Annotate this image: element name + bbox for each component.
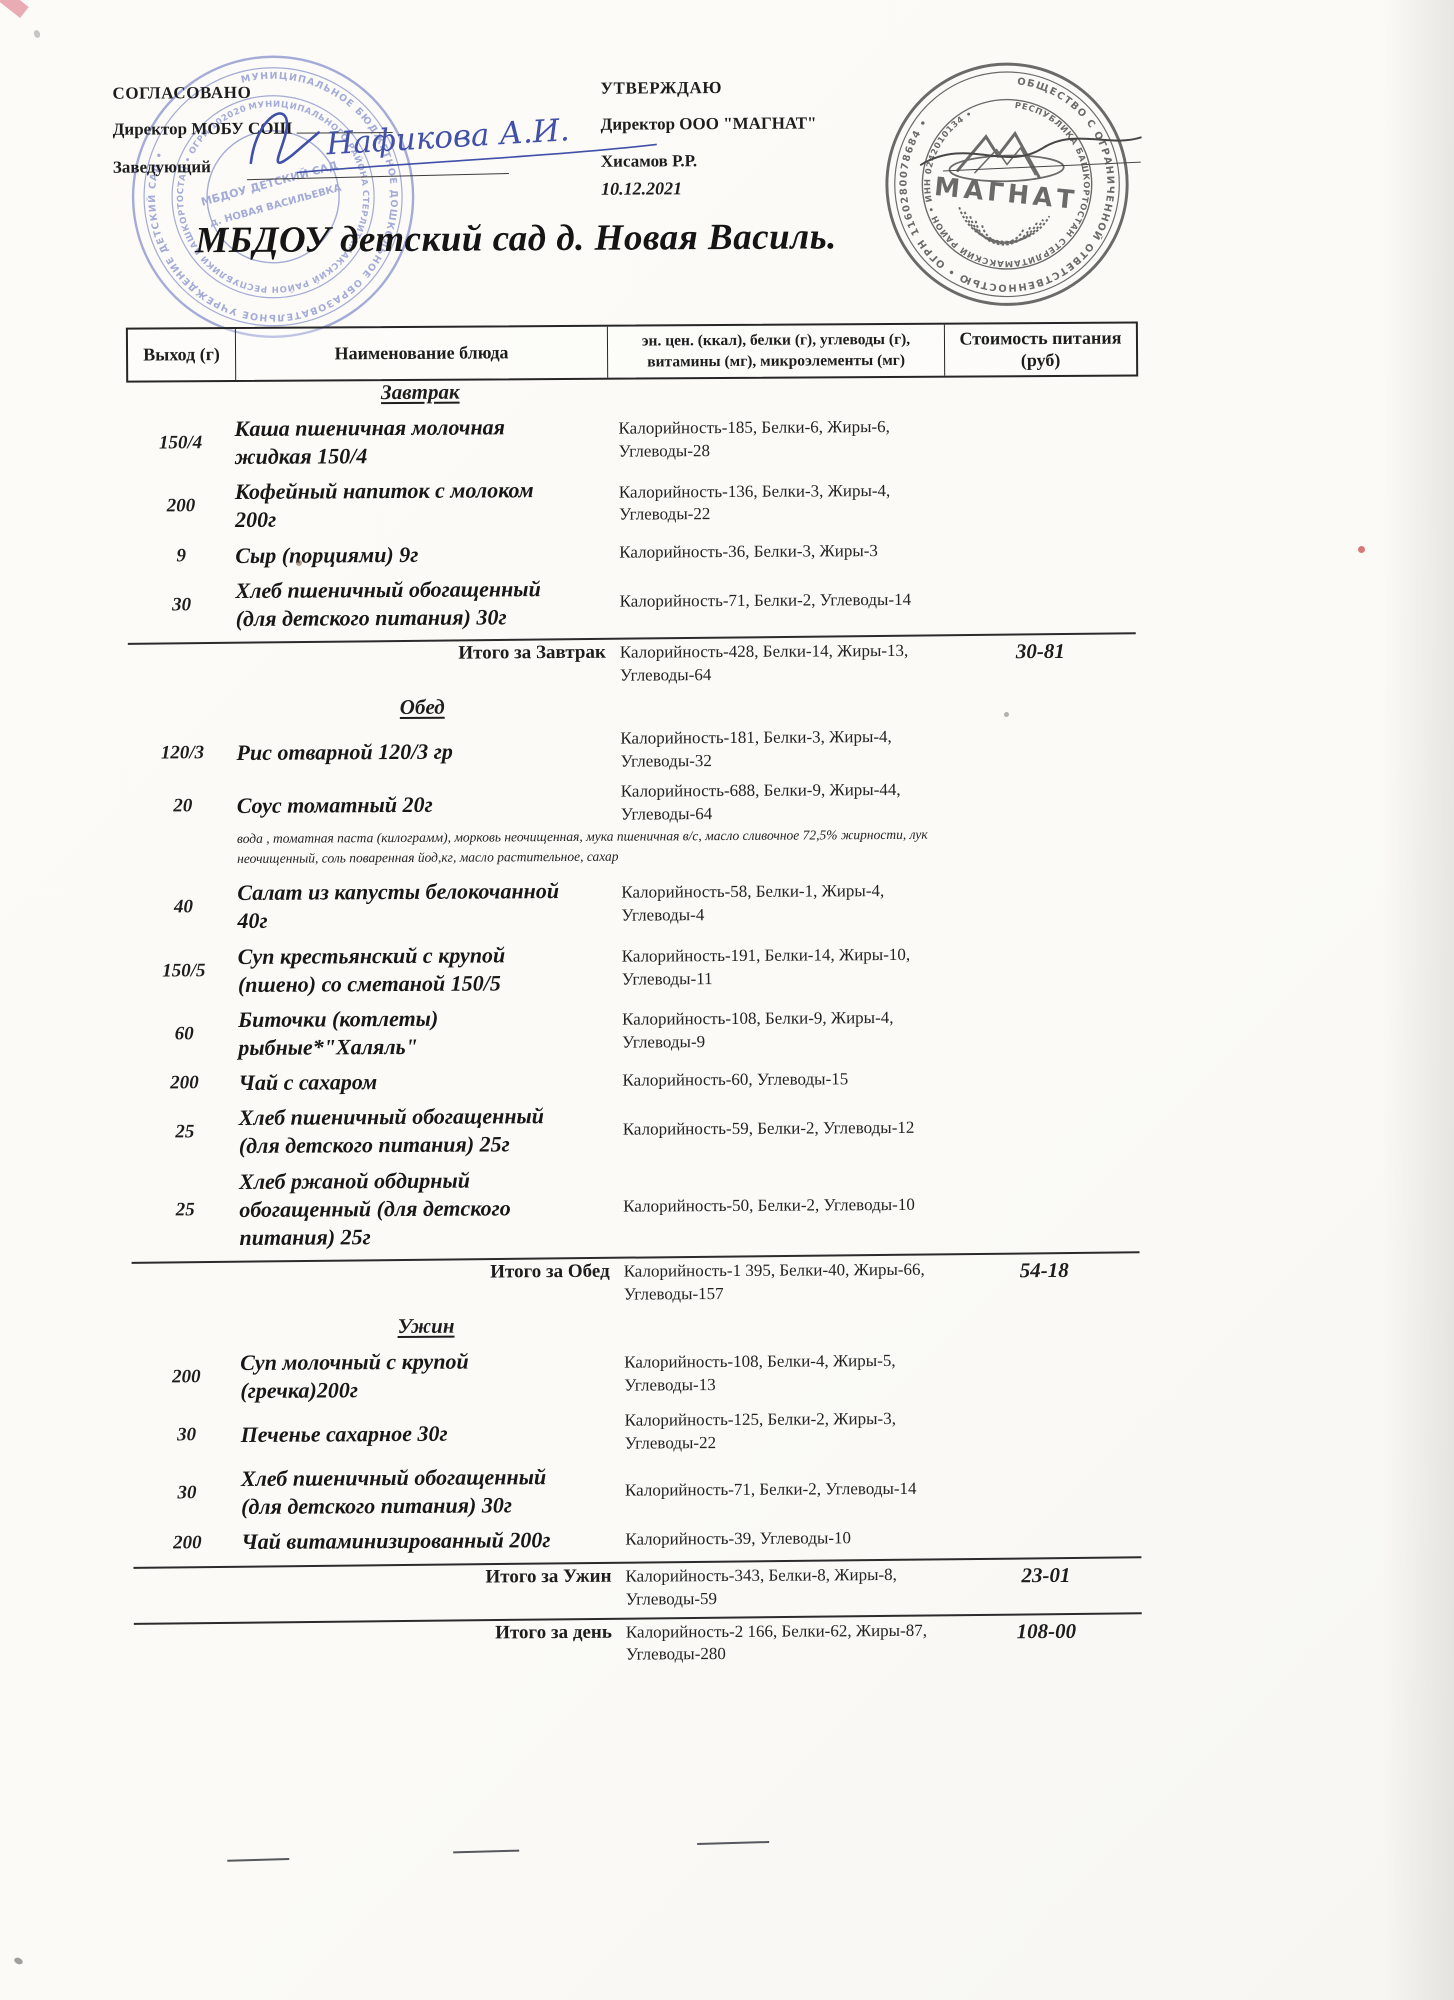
section-total-row: Итого за Завтрак Калорийность-428, Белки… bbox=[128, 639, 1136, 691]
portion-size: 200 bbox=[127, 495, 235, 518]
section-title-lunch: Обед bbox=[400, 695, 445, 720]
section-row: Ужин bbox=[132, 1309, 1140, 1340]
dish-name: Хлеб пшеничный обогащенный (для детского… bbox=[235, 575, 607, 634]
scan-speck bbox=[296, 560, 302, 566]
portion-size: 150/5 bbox=[130, 960, 238, 983]
nutrition-info: Калорийность-125, Белки-2, Жиры-3, Углев… bbox=[613, 1408, 950, 1456]
nutrition-info: Калорийность-39, Углеводы-10 bbox=[613, 1527, 950, 1552]
dish-name: Хлеб пшеничный обогащенный (для детского… bbox=[241, 1463, 613, 1522]
nutrition-info: Калорийность-688, Белки-9, Жиры-44, Угле… bbox=[609, 779, 946, 827]
document-title: МБДОУ детский сад д. Новая Василь. bbox=[195, 215, 837, 262]
scan-speck bbox=[1358, 546, 1365, 553]
day-total-row: Итого за день Калорийность-2 166, Белки-… bbox=[134, 1618, 1142, 1670]
dish-name: Чай витаминизированный 200г bbox=[241, 1526, 613, 1556]
total-label: Итого за Обед bbox=[240, 1261, 612, 1309]
pen-mark-line bbox=[453, 1850, 519, 1854]
portion-size: 40 bbox=[129, 896, 237, 919]
dish-name: Суп молочный с крупой (гречка)200г bbox=[240, 1347, 612, 1406]
menu-row: 30 Хлеб пшеничный обогащенный (для детск… bbox=[133, 1460, 1141, 1522]
portion-size: 120/3 bbox=[128, 742, 236, 765]
section-title-dinner: Ужин bbox=[397, 1314, 454, 1339]
dish-name: Чай с сахаром bbox=[238, 1067, 610, 1097]
nutrition-info: Калорийность-136, Белки-3, Жиры-4, Углев… bbox=[607, 479, 944, 527]
menu-row: 200 Чай с сахаром Калорийность-60, Углев… bbox=[130, 1064, 1138, 1098]
stamp-fan-ornament bbox=[956, 207, 1049, 249]
nutrition-info: Калорийность-59, Белки-2, Углеводы-12 bbox=[611, 1117, 948, 1142]
menu-row: 20 Соус томатный 20г Калорийность-688, Б… bbox=[129, 777, 1137, 829]
col-header-nutrition: эн. цен. (ккал), белки (г), углеводы (г)… bbox=[608, 325, 945, 378]
ingredients-row: вода , томатная паста (килограмм), морко… bbox=[129, 823, 1137, 870]
nutrition-info: Калорийность-185, Белки-6, Жиры-6, Углев… bbox=[606, 416, 943, 464]
menu-row: 200 Кофейный напиток с молоком 200г Кало… bbox=[127, 473, 1135, 535]
total-nutrition: Калорийность-428, Белки-14, Жиры-13, Угл… bbox=[608, 640, 945, 688]
nutrition-info: Калорийность-58, Белки-1, Жиры-4, Углево… bbox=[609, 880, 946, 928]
section-row: Обед bbox=[128, 690, 1136, 721]
portion-size: 25 bbox=[131, 1121, 239, 1144]
col-header-output: Выход (г) bbox=[128, 329, 236, 381]
dish-name: Салат из капусты белокочанной 40г bbox=[237, 877, 609, 936]
portion-size: 25 bbox=[131, 1199, 239, 1222]
nutrition-info: Калорийность-60, Углеводы-15 bbox=[610, 1067, 947, 1092]
portion-size: 30 bbox=[128, 594, 236, 617]
dish-name: Сыр (порциями) 9г bbox=[235, 539, 607, 569]
day-total-label: Итого за день bbox=[242, 1621, 614, 1669]
menu-row: 200 Суп молочный с крупой (гречка)200г К… bbox=[132, 1343, 1140, 1405]
total-label: Итого за Ужин bbox=[241, 1565, 613, 1613]
dish-name: Хлеб ржаной обдирный обогащенный (для де… bbox=[239, 1165, 612, 1252]
total-label: Итого за Завтрак bbox=[236, 642, 608, 690]
head-label: Заведующий bbox=[113, 157, 211, 177]
menu-table-body: Завтрак 150/4 Каша пшеничная молочная жи… bbox=[126, 370, 1142, 1677]
portion-size: 30 bbox=[133, 1424, 241, 1447]
menu-row: 25 Хлеб ржаной обдирный обогащенный (для… bbox=[131, 1162, 1139, 1253]
total-cost: 30-81 bbox=[945, 639, 1136, 686]
dish-name: Суп крестьянский с крупой (пшено) со сме… bbox=[238, 940, 610, 999]
dish-name: Кофейный напиток с молоком 200г bbox=[235, 476, 607, 535]
dish-name: Каша пшеничная молочная жидкая 150/4 bbox=[234, 413, 606, 472]
day-total-nutrition: Калорийность-2 166, Белки-62, Жиры-87, У… bbox=[614, 1619, 951, 1667]
col-header-cost: Стоимость питания (руб) bbox=[945, 323, 1136, 375]
menu-row: 30 Печенье сахарное 30г Калорийность-125… bbox=[133, 1407, 1141, 1459]
scanned-document-page: СОГЛАСОВАНО Директор МОБУ СОШ Заведующий… bbox=[0, 0, 1454, 2000]
ingredients-note: вода , томатная паста (килограмм), морко… bbox=[237, 824, 937, 869]
menu-row: 150/4 Каша пшеничная молочная жидкая 150… bbox=[126, 410, 1134, 472]
dish-name: Хлеб пшеничный обогащенный (для детского… bbox=[239, 1102, 611, 1161]
menu-row: 60 Биточки (котлеты) рыбные*"Халяль" Кал… bbox=[130, 1000, 1138, 1062]
portion-size: 9 bbox=[127, 545, 235, 568]
dish-name: Рис отварной 120/3 гр bbox=[236, 737, 608, 767]
portion-size: 200 bbox=[132, 1366, 240, 1389]
total-nutrition: Калорийность-1 395, Белки-40, Жиры-66, У… bbox=[612, 1259, 949, 1307]
section-total-row: Итого за Ужин Калорийность-343, Белки-8,… bbox=[133, 1562, 1141, 1614]
total-cost: 54-18 bbox=[949, 1258, 1140, 1305]
section-title-breakfast: Завтрак bbox=[381, 380, 460, 405]
portion-size: 200 bbox=[133, 1532, 241, 1555]
page-content: СОГЛАСОВАНО Директор МОБУ СОШ Заведующий… bbox=[0, 0, 1454, 2000]
section-total-row: Итого за Обед Калорийность-1 395, Белки-… bbox=[132, 1258, 1140, 1310]
menu-row: 40 Салат из капусты белокочанной 40г Кал… bbox=[129, 874, 1137, 936]
dish-name: Печенье сахарное 30г bbox=[241, 1419, 613, 1449]
portion-size: 20 bbox=[129, 795, 237, 818]
day-total-cost: 108-00 bbox=[951, 1618, 1142, 1665]
nutrition-info: Калорийность-108, Белки-9, Жиры-4, Углев… bbox=[610, 1007, 947, 1055]
menu-row: 30 Хлеб пшеничный обогащенный (для детск… bbox=[127, 571, 1135, 633]
nutrition-info: Калорийность-50, Белки-2, Углеводы-10 bbox=[611, 1194, 948, 1219]
pen-mark-line bbox=[227, 1858, 289, 1862]
handwritten-signature: Нафикова А.И. bbox=[226, 82, 677, 200]
portion-size: 200 bbox=[130, 1072, 238, 1095]
menu-row: 25 Хлеб пшеничный обогащенный (для детск… bbox=[131, 1099, 1139, 1161]
nutrition-info: Калорийность-36, Белки-3, Жиры-3 bbox=[607, 540, 944, 565]
menu-row: 120/3 Рис отварной 120/3 гр Калорийность… bbox=[128, 724, 1136, 776]
pen-mark-line bbox=[697, 1841, 769, 1845]
dish-name: Биточки (котлеты) рыбные*"Халяль" bbox=[238, 1004, 610, 1063]
portion-size: 150/4 bbox=[127, 432, 235, 455]
portion-size: 60 bbox=[130, 1023, 238, 1046]
handwritten-signature-right bbox=[913, 115, 1148, 191]
menu-row: 9 Сыр (порциями) 9г Калорийность-36, Бел… bbox=[127, 536, 1135, 570]
scan-speck bbox=[1004, 712, 1009, 717]
menu-row: 200 Чай витаминизированный 200г Калорийн… bbox=[133, 1523, 1141, 1557]
total-cost: 23-01 bbox=[950, 1562, 1141, 1609]
nutrition-info: Калорийность-181, Белки-3, Жиры-4, Углев… bbox=[608, 726, 945, 774]
section-row: Завтрак bbox=[126, 376, 1134, 407]
dish-name: Соус томатный 20г bbox=[237, 789, 609, 819]
portion-size: 30 bbox=[133, 1482, 241, 1505]
total-nutrition: Калорийность-343, Белки-8, Жиры-8, Углев… bbox=[613, 1563, 950, 1611]
nutrition-info: Калорийность-71, Белки-2, Углеводы-14 bbox=[608, 589, 945, 614]
nutrition-info: Калорийность-108, Белки-4, Жиры-5, Углев… bbox=[612, 1350, 949, 1398]
menu-row: 150/5 Суп крестьянский с крупой (пшено) … bbox=[130, 937, 1138, 999]
nutrition-info: Калорийность-191, Белки-14, Жиры-10, Угл… bbox=[610, 943, 947, 991]
nutrition-info: Калорийность-71, Белки-2, Углеводы-14 bbox=[613, 1477, 950, 1502]
